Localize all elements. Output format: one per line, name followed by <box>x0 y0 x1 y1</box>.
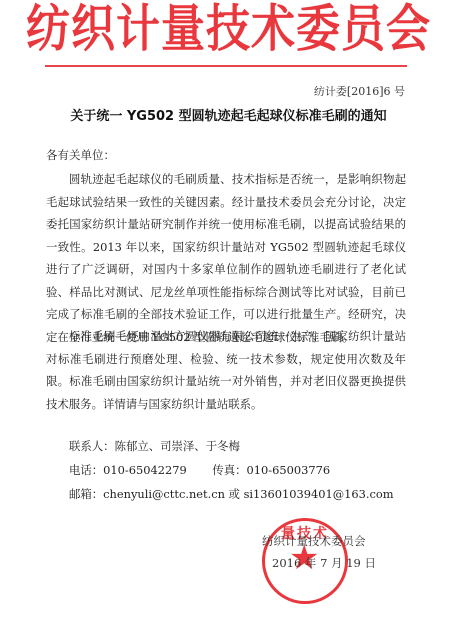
contact-persons: 联系人：陈郁立、司崇泽、于冬梅 <box>69 438 240 454</box>
document-number: 纺计委[2016]6 号 <box>314 83 405 99</box>
body-paragraph: 圆轨迹起毛起球仪的毛刷质量、技术指标是否统一，是影响织物起毛起球试验结果一致性的… <box>46 168 406 348</box>
signature-org: 纺织计量技术委员会 <box>262 530 376 552</box>
contact-email: 邮箱：chenyuli@cttc.net.cn 或 si13601039401@… <box>69 486 394 502</box>
letterhead-title: 纺织计量技术委员会 <box>0 0 457 62</box>
salutation: 各有关单位： <box>46 147 115 163</box>
contact-fax: 传真：010-65003776 <box>212 463 330 477</box>
body-paragraph: 标准毛刷毛坯由温州方圆仪器有限公司统一生产，国家纺织计量站对标准毛刷进行预磨处理… <box>46 325 406 415</box>
signature-date: 2016 年 7 月 19 日 <box>262 552 376 574</box>
contact-phone: 电话：010-65042279 <box>69 463 187 477</box>
letterhead-rule <box>45 65 407 67</box>
contact-phone-row: 电话：010-65042279 传真：010-65003776 <box>69 462 330 478</box>
signature-block: 纺织计量技术委员会 2016 年 7 月 19 日 <box>262 530 376 574</box>
document-title: 关于统一 YG502 型圆轨迹起毛起球仪标准毛刷的通知 <box>0 105 457 124</box>
